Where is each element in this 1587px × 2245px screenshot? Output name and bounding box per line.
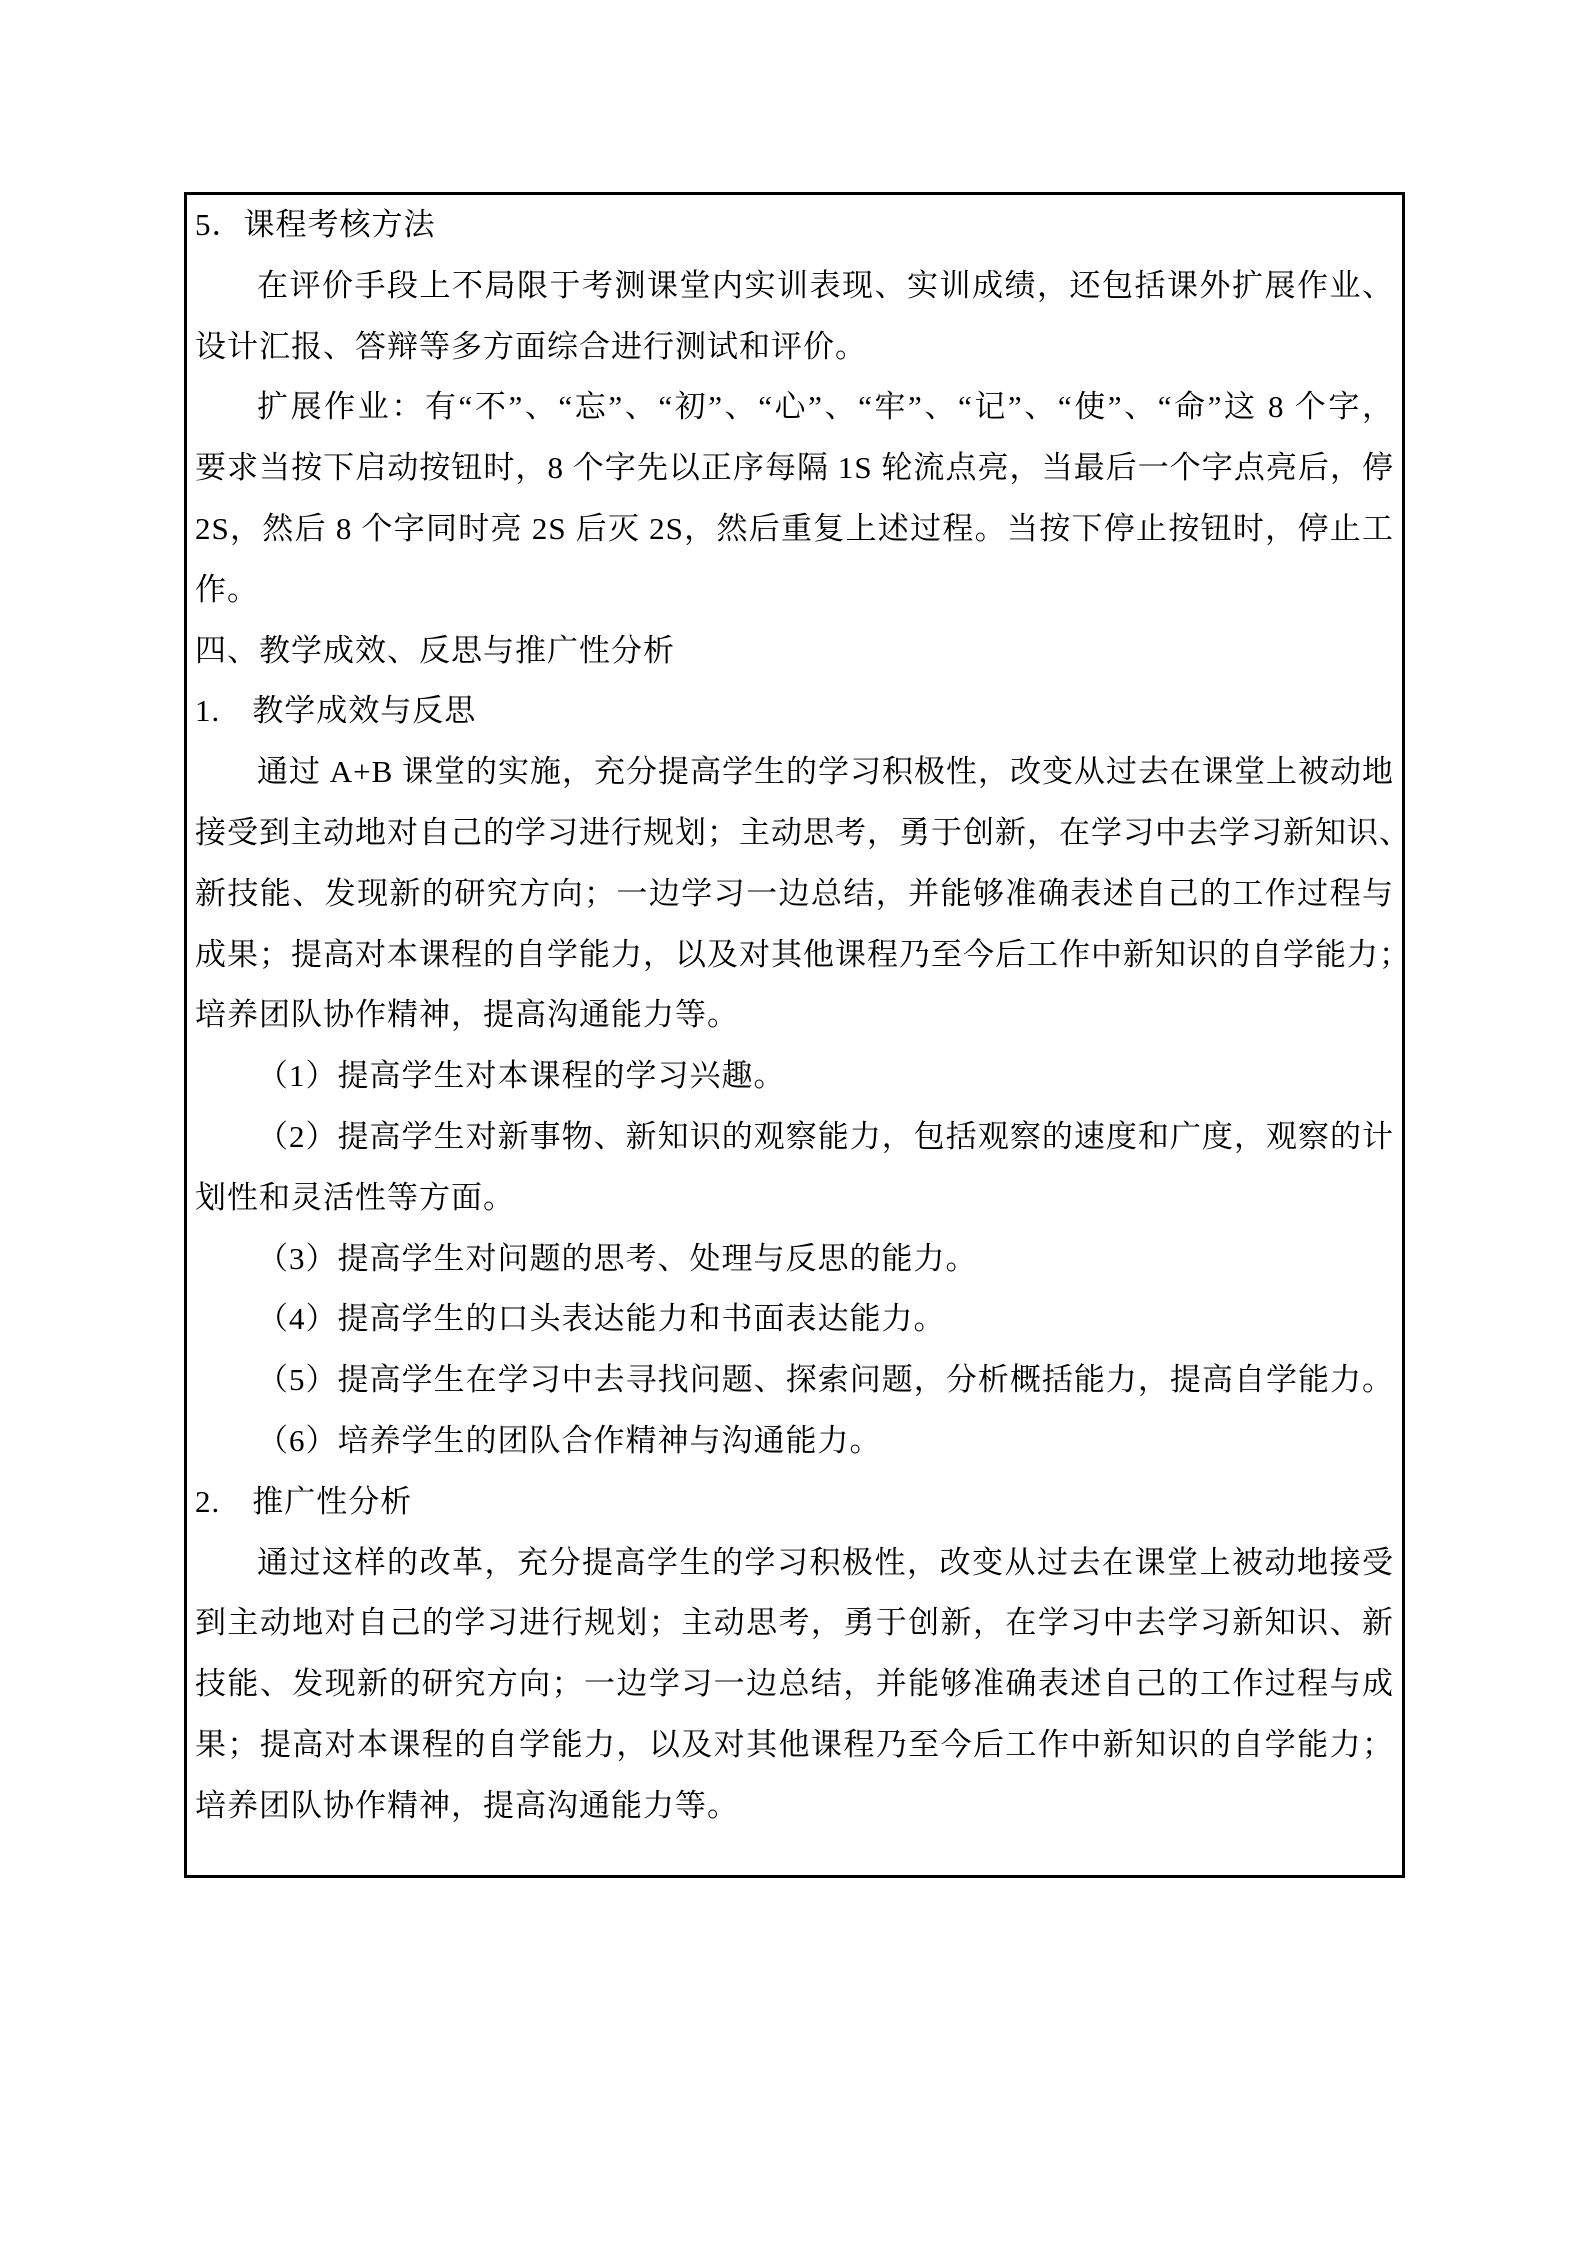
text-line: 1. 教学成效与反思 (195, 681, 1394, 742)
text-line: 划性和灵活性等方面。 (195, 1168, 1394, 1229)
text-line: （6）培养学生的团队合作精神与沟通能力。 (195, 1411, 1394, 1472)
text-line: 2. 推广性分析 (195, 1472, 1394, 1533)
text-line: 设计汇报、答辩等多方面综合进行测试和评价。 (195, 317, 1394, 378)
text-line: 在评价手段上不局限于考测课堂内实训表现、实训成绩，还包括课外扩展作业、 (195, 256, 1394, 317)
text-line: 作。 (195, 560, 1394, 621)
text-line: （1）提高学生对本课程的学习兴趣。 (195, 1046, 1394, 1107)
text-line: 要求当按下启动按钮时，8 个字先以正序每隔 1S 轮流点亮，当最后一个字点亮后，… (195, 438, 1394, 499)
text-line: 培养团队协作精神，提高沟通能力等。 (195, 1776, 1394, 1837)
document-table-cell: 5．课程考核方法在评价手段上不局限于考测课堂内实训表现、实训成绩，还包括课外扩展… (184, 192, 1405, 1878)
text-line: 通过这样的改革，充分提高学生的学习积极性，改变从过去在课堂上被动地接受 (195, 1533, 1394, 1594)
text-line: 到主动地对自己的学习进行规划；主动思考，勇于创新，在学习中去学习新知识、新 (195, 1593, 1394, 1654)
text-line: （5）提高学生在学习中去寻找问题、探索问题，分析概括能力，提高自学能力。 (195, 1350, 1394, 1411)
document-page: 5．课程考核方法在评价手段上不局限于考测课堂内实训表现、实训成绩，还包括课外扩展… (0, 0, 1587, 2245)
text-line: 接受到主动地对自己的学习进行规划；主动思考，勇于创新，在学习中去学习新知识、 (195, 803, 1394, 864)
text-line: 2S，然后 8 个字同时亮 2S 后灭 2S，然后重复上述过程。当按下停止按钮时… (195, 499, 1394, 560)
text-line: 培养团队协作精神，提高沟通能力等。 (195, 985, 1394, 1046)
text-line: 新技能、发现新的研究方向；一边学习一边总结，并能够准确表述自己的工作过程与 (195, 864, 1394, 925)
text-line: （2）提高学生对新事物、新知识的观察能力，包括观察的速度和广度，观察的计 (195, 1107, 1394, 1168)
text-line: 成果；提高对本课程的自学能力，以及对其他课程乃至今后工作中新知识的自学能力； (195, 925, 1394, 986)
text-line: 扩展作业：有“不”、“忘”、“初”、“心”、“牢”、“记”、“使”、“命”这 8… (195, 377, 1394, 438)
text-line: 5．课程考核方法 (195, 195, 1394, 256)
text-line: （3）提高学生对问题的思考、处理与反思的能力。 (195, 1229, 1394, 1290)
text-line: 通过 A+B 课堂的实施，充分提高学生的学习积极性，改变从过去在课堂上被动地 (195, 742, 1394, 803)
text-line: （4）提高学生的口头表达能力和书面表达能力。 (195, 1289, 1394, 1350)
text-line: 果；提高对本课程的自学能力，以及对其他课程乃至今后工作中新知识的自学能力； (195, 1715, 1394, 1776)
text-line: 四、教学成效、反思与推广性分析 (195, 621, 1394, 682)
text-line: 技能、发现新的研究方向；一边学习一边总结，并能够准确表述自己的工作过程与成 (195, 1654, 1394, 1715)
